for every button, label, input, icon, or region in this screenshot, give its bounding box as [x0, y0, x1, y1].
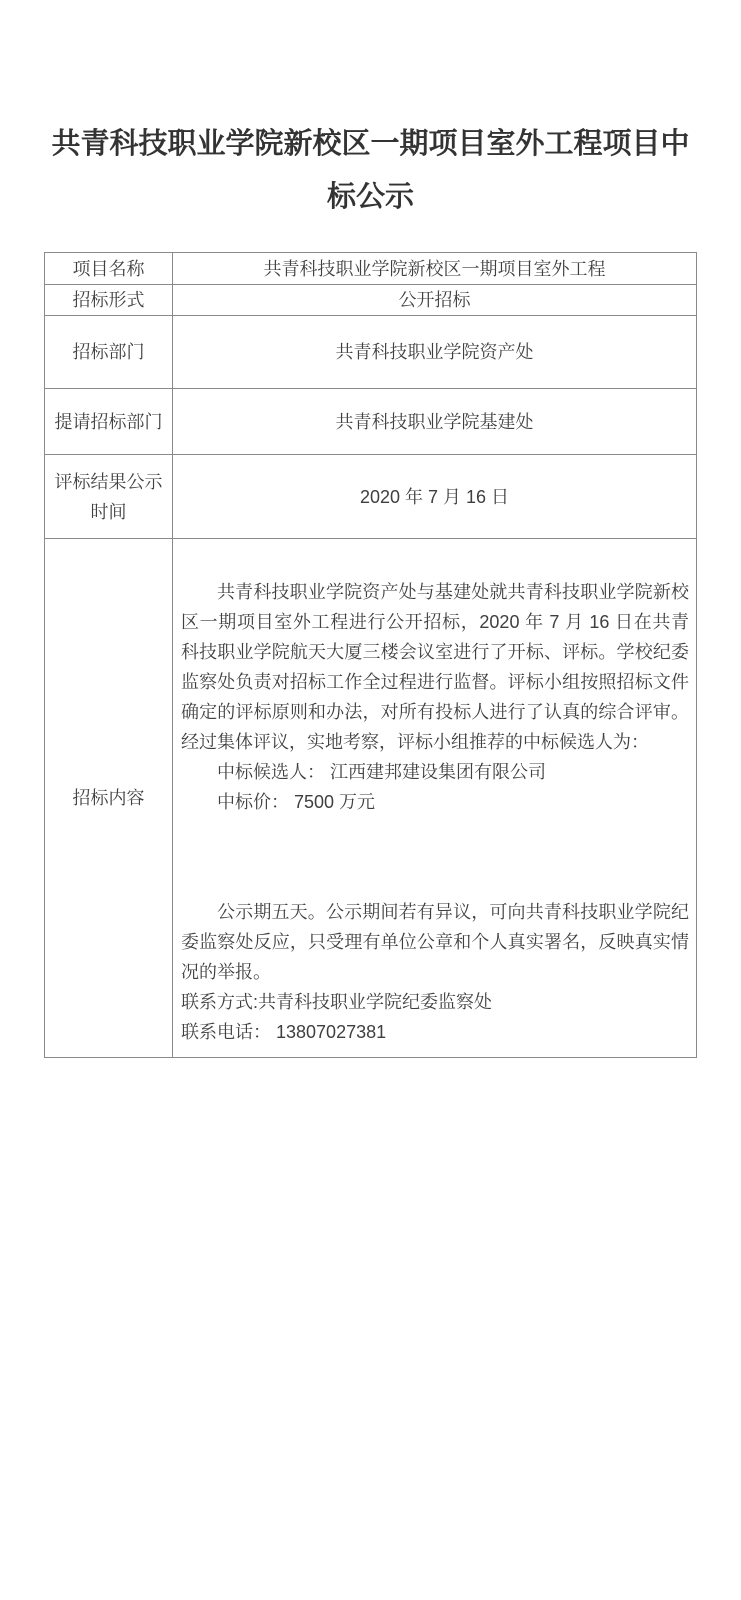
- table-row-publish-time: 评标结果公示时间 2020 年 7 月 16 日: [45, 455, 697, 539]
- row-label: 招标部门: [45, 316, 173, 389]
- page-title: 共青科技职业学院新校区一期项目室外工程项目中标公示: [40, 118, 702, 224]
- table-row-requesting-department: 提请招标部门 共青科技职业学院基建处: [45, 389, 697, 455]
- winner-line: 中标候选人： 江西建邦建设集团有限公司: [181, 757, 689, 787]
- contact-line: 联系方式:共青科技职业学院纪委监察处: [181, 987, 689, 1017]
- row-label: 提请招标部门: [45, 389, 173, 455]
- row-value: 共青科技职业学院资产处: [173, 316, 697, 389]
- row-label: 招标形式: [45, 285, 173, 316]
- content-gap: [181, 817, 689, 897]
- row-label: 招标内容: [45, 539, 173, 1058]
- phone-line: 联系电话： 13807027381: [181, 1017, 689, 1047]
- row-value: 共青科技职业学院新校区一期项目室外工程: [173, 253, 697, 285]
- row-label: 项目名称: [45, 253, 173, 285]
- bid-process-paragraph: 共青科技职业学院资产处与基建处就共青科技职业学院新校区一期项目室外工程进行公开招…: [181, 577, 689, 757]
- price-line: 中标价： 7500 万元: [181, 787, 689, 817]
- row-value: 2020 年 7 月 16 日: [173, 455, 697, 539]
- row-label: 评标结果公示时间: [45, 455, 173, 539]
- table-row-bid-content: 招标内容 共青科技职业学院资产处与基建处就共青科技职业学院新校区一期项目室外工程…: [45, 539, 697, 1058]
- row-value: 共青科技职业学院基建处: [173, 389, 697, 455]
- bid-content-cell: 共青科技职业学院资产处与基建处就共青科技职业学院新校区一期项目室外工程进行公开招…: [173, 539, 697, 1058]
- table-row-bid-form: 招标形式 公开招标: [45, 285, 697, 316]
- table-row-bid-department: 招标部门 共青科技职业学院资产处: [45, 316, 697, 389]
- notice-paragraph: 公示期五天。公示期间若有异议，可向共青科技职业学院纪委监察处反应，只受理有单位公…: [181, 897, 689, 987]
- announcement-table: 项目名称 共青科技职业学院新校区一期项目室外工程 招标形式 公开招标 招标部门 …: [44, 252, 697, 1058]
- row-value: 公开招标: [173, 285, 697, 316]
- table-row-project-name: 项目名称 共青科技职业学院新校区一期项目室外工程: [45, 253, 697, 285]
